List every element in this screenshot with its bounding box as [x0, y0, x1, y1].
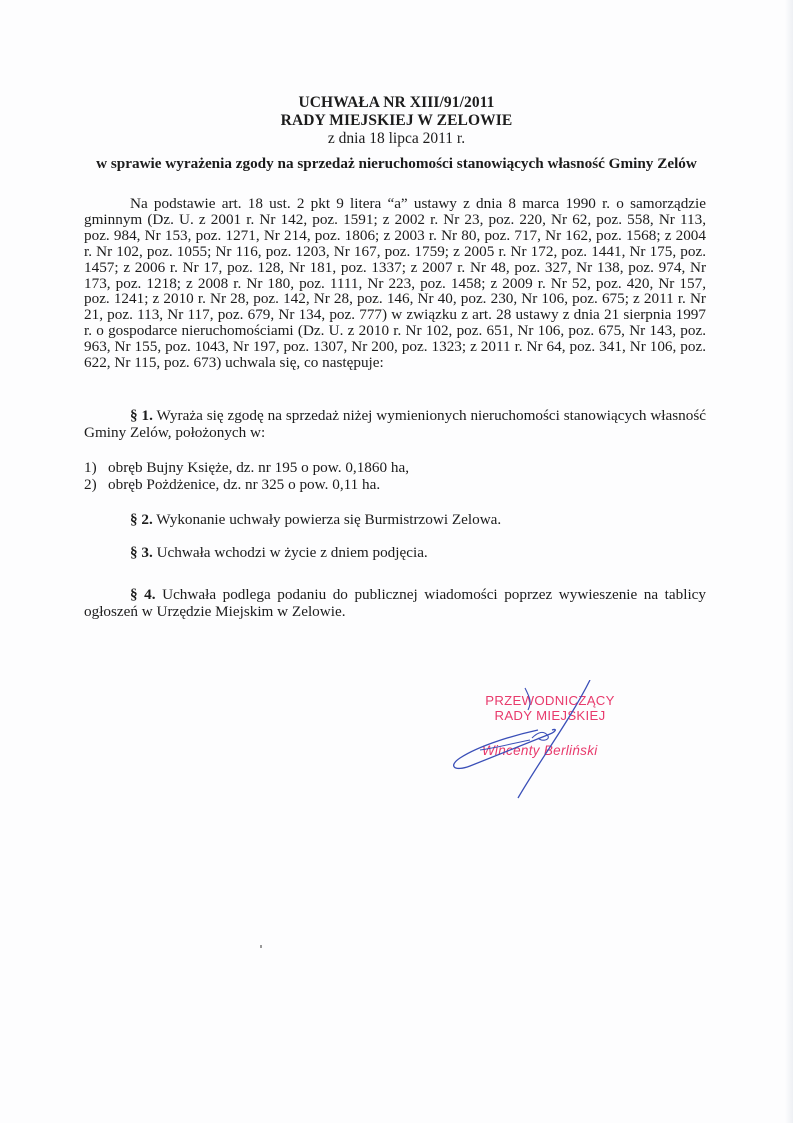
resolution-date: z dnia 18 lipca 2011 r. [0, 130, 793, 148]
list-item-text: obręb Bujny Księże, dz. nr 195 o pow. 0,… [108, 460, 409, 477]
list-item-text: obręb Pożdżenice, dz. nr 325 o pow. 0,11… [108, 477, 380, 494]
resolution-number: UCHWAŁA NR XIII/91/2011 [0, 94, 793, 112]
section-4-text: Uchwała podlega podaniu do publicznej wi… [84, 586, 706, 620]
scan-speck [260, 945, 262, 948]
list-item: 1) obręb Bujny Księże, dz. nr 195 o pow.… [84, 460, 409, 477]
council-name: RADY MIEJSKIEJ W ZELOWIE [0, 112, 793, 130]
section-3: § 3. Uchwała wchodzi w życie z dniem pod… [84, 545, 706, 561]
section-4: § 4. Uchwała podlega podaniu do publiczn… [84, 586, 706, 620]
property-list: 1) obręb Bujny Księże, dz. nr 195 o pow.… [84, 460, 409, 493]
section-4-label: § 4. [130, 586, 156, 603]
resolution-header: UCHWAŁA NR XIII/91/2011 RADY MIEJSKIEJ W… [0, 94, 793, 148]
legal-basis-preamble: Na podstawie art. 18 ust. 2 pkt 9 litera… [84, 196, 706, 371]
section-1-label: § 1. [130, 407, 153, 424]
section-3-label: § 3. [130, 544, 153, 561]
list-item: 2) obręb Pożdżenice, dz. nr 325 o pow. 0… [84, 477, 409, 494]
section-2-text: Wykonanie uchwały powierza się Burmistrz… [153, 511, 501, 528]
section-2-label: § 2. [130, 511, 153, 528]
section-2: § 2. Wykonanie uchwały powierza się Burm… [84, 512, 706, 528]
section-1: § 1. Wyraża się zgodę na sprzedaż niżej … [84, 407, 706, 441]
list-item-number: 2) [84, 477, 108, 494]
scan-edge-shadow [785, 0, 793, 1123]
handwritten-signature [420, 680, 640, 800]
resolution-subject: w sprawie wyrażenia zgody na sprzedaż ni… [84, 155, 709, 173]
list-item-number: 1) [84, 460, 108, 477]
section-1-text: Wyraża się zgodę na sprzedaż niżej wymie… [84, 407, 706, 441]
document-page: UCHWAŁA NR XIII/91/2011 RADY MIEJSKIEJ W… [0, 0, 793, 1123]
section-3-text: Uchwała wchodzi w życie z dniem podjęcia… [153, 544, 428, 561]
